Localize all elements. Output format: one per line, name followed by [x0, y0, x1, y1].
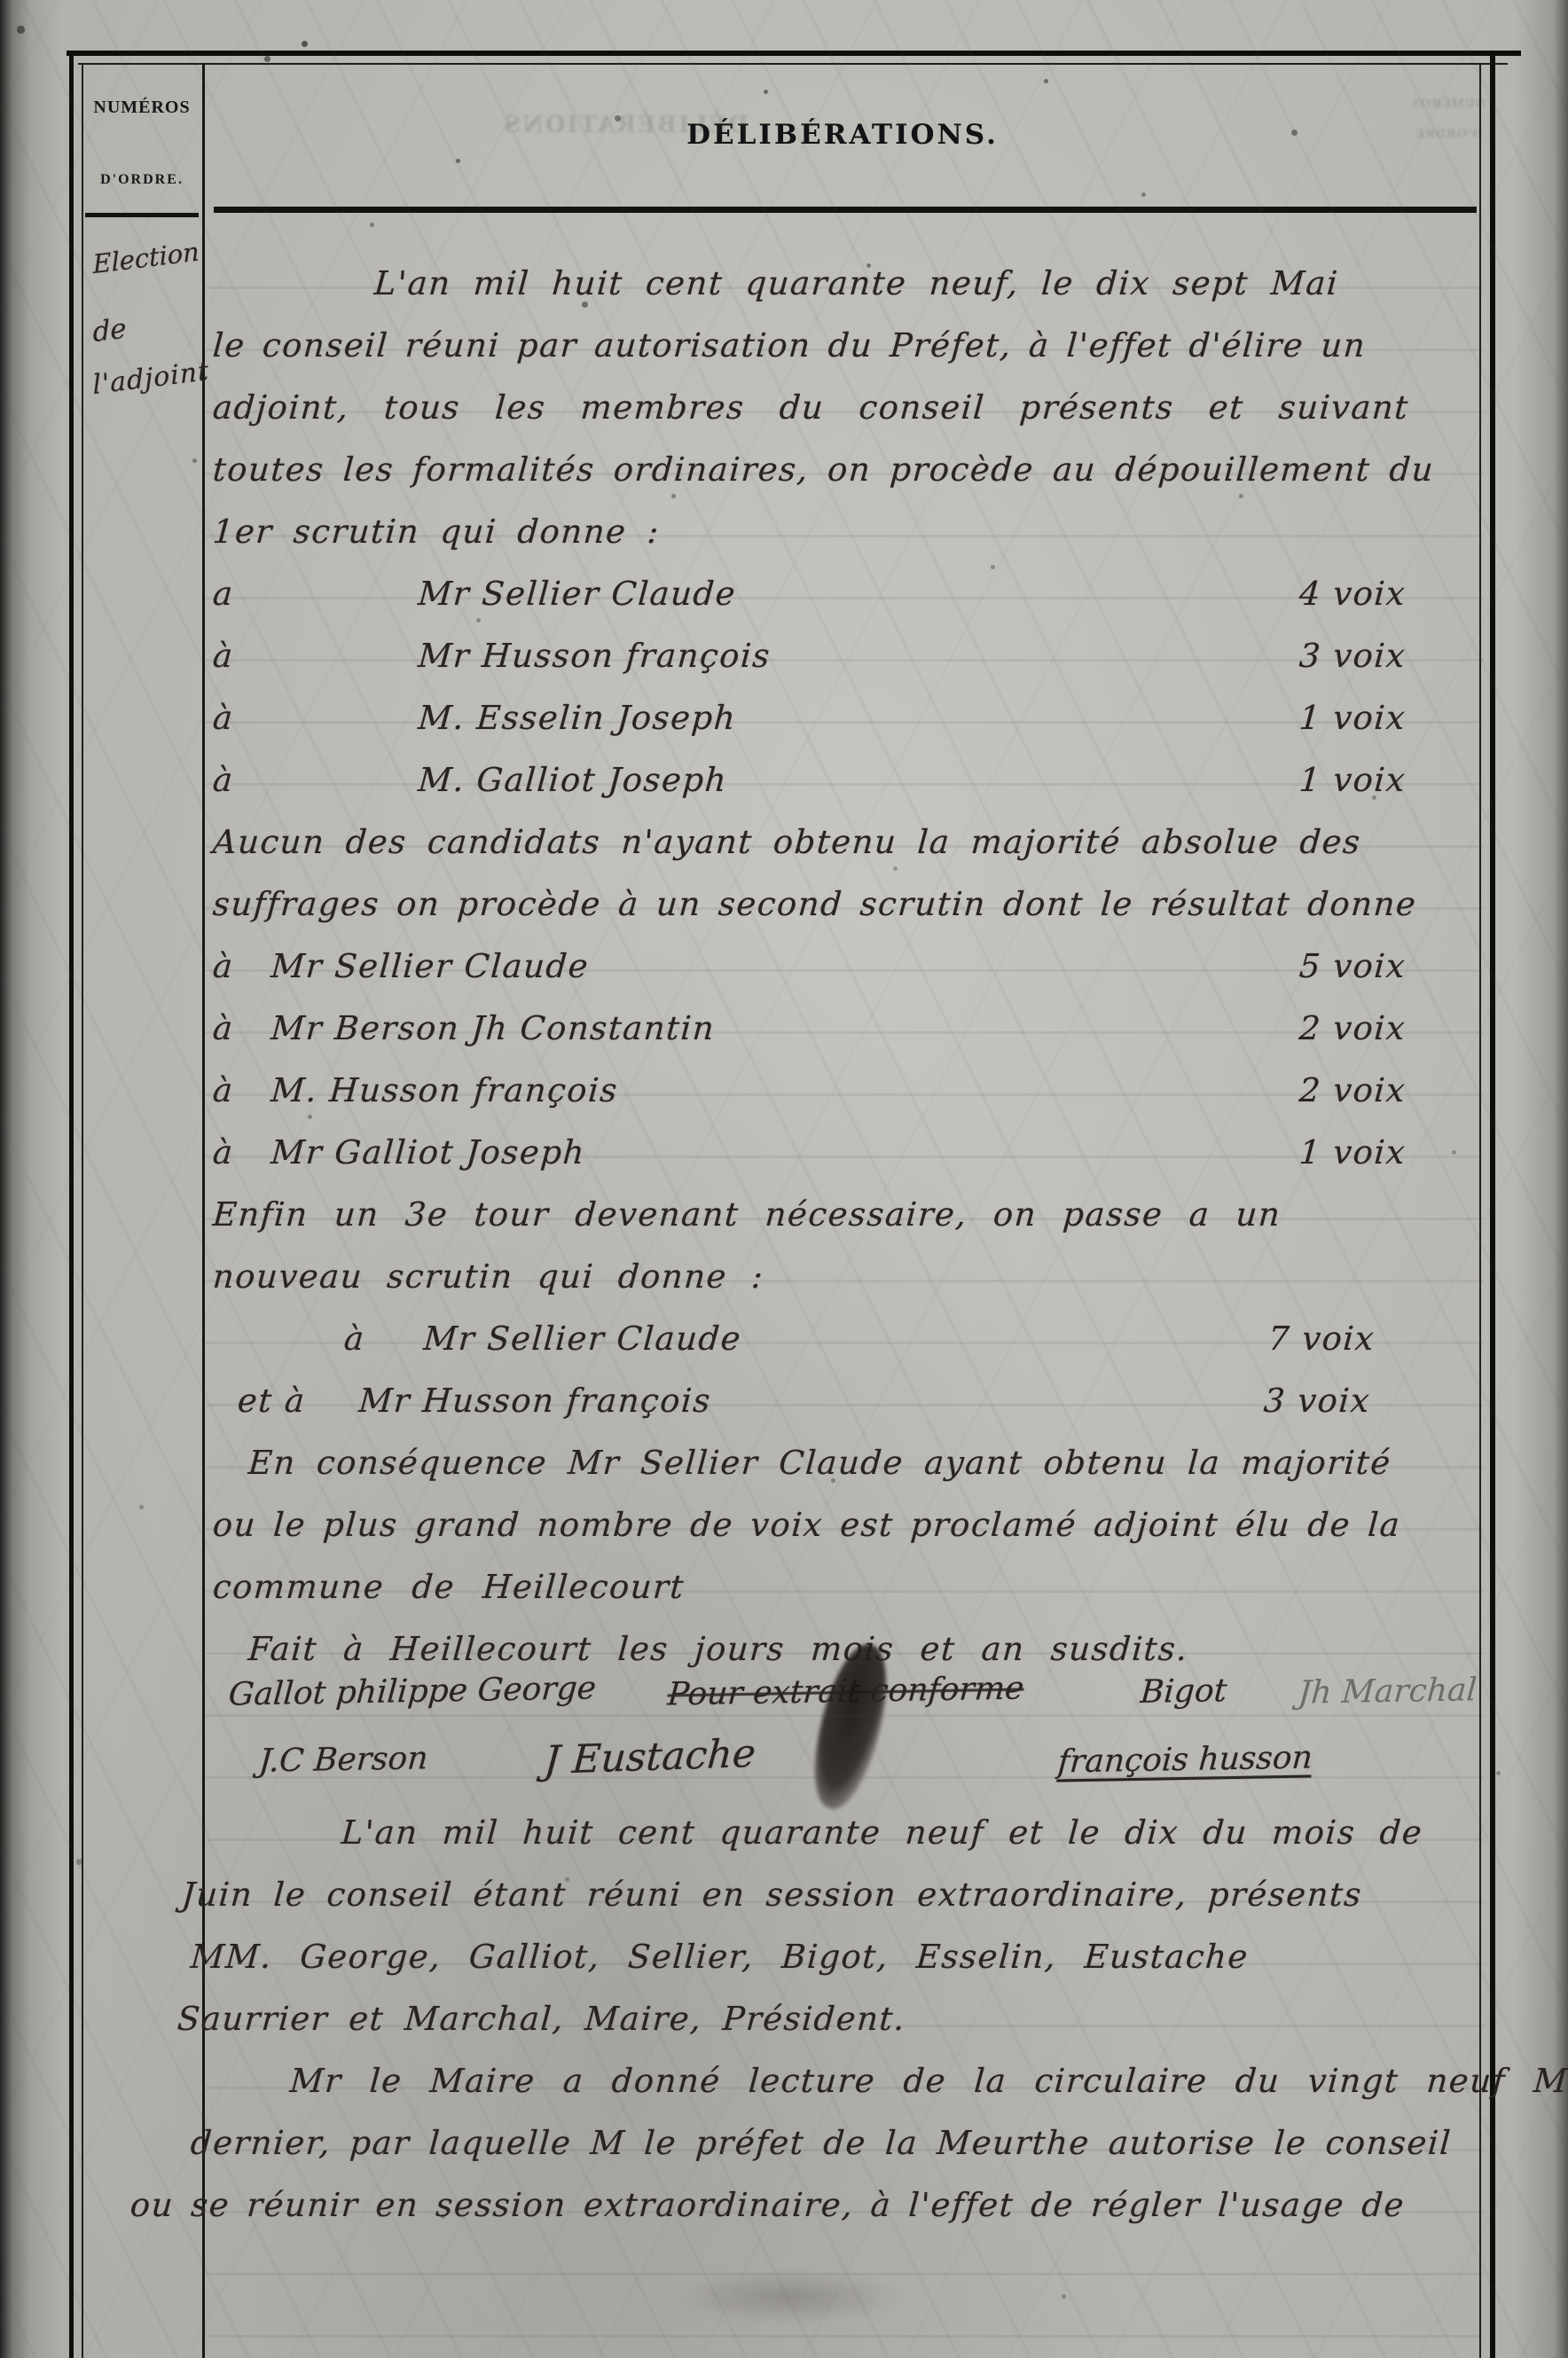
vote-count: 7 voix: [1266, 1308, 1457, 1370]
ghost-title-bleedthrough: DÉLIBÉRATIONS: [492, 112, 758, 138]
body-line: Juin le conseil étant réuni en session e…: [180, 1864, 1479, 1926]
margin-annotation-line1: Election: [92, 233, 226, 279]
body-line: ou le plus grand nombre de voix est proc…: [211, 1494, 1457, 1556]
vote-row: a Mr Sellier Claude 4 voix: [211, 563, 1457, 625]
vote-candidate: Mr Sellier Claude: [269, 936, 591, 998]
vote-row: et à Mr Husson françois 3 voix: [211, 1370, 1457, 1432]
vote-candidate: M. Galliot Joseph: [416, 749, 729, 811]
vote-count: 3 voix: [1298, 625, 1457, 687]
vote-row: à Mr Berson Jh Constantin 2 voix: [211, 998, 1457, 1060]
vote-row: à Mr Sellier Claude 5 voix: [211, 936, 1457, 998]
paper-smudge: [674, 2270, 905, 2323]
frame-left-inner-rule: [82, 63, 83, 2358]
vote-candidate: M. Esselin Joseph: [416, 687, 738, 749]
body-line: suffrages on procède à un second scrutin…: [211, 873, 1457, 936]
vote-count: 4 voix: [1298, 563, 1457, 625]
body-line: ou se réunir en session extraordinaire, …: [129, 2174, 1479, 2237]
vote-row: à Mr Sellier Claude 7 voix: [211, 1308, 1457, 1370]
body-line: L'an mil huit cent quarante neuf et le d…: [189, 1802, 1479, 1864]
vote-count: 1 voix: [1298, 687, 1457, 749]
deliberation-entry-2: L'an mil huit cent quarante neuf et le d…: [191, 1802, 1477, 2237]
signature: Bigot: [1138, 1663, 1228, 1721]
header-rule-main: [214, 207, 1477, 213]
body-line: toutes les formalités ordinaires, on pro…: [211, 439, 1457, 501]
signature: J Eustache: [542, 1726, 757, 1790]
body-line: Saurrier et Marchal, Maire, Président.: [176, 1988, 1479, 2050]
order-column-header-line2: D'ORDRE.: [82, 172, 202, 188]
signature: Jh Marchal: [1297, 1662, 1479, 1721]
vote-lead: à: [211, 998, 236, 1060]
vote-lead: à: [211, 687, 236, 749]
body-line: Enfin un 3e tour devenant nécessaire, on…: [211, 1184, 1457, 1246]
body-line: le conseil réuni par autorisation du Pré…: [211, 315, 1457, 377]
deliberation-entry-1: L'an mil huit cent quarante neuf, le dix…: [213, 253, 1454, 1680]
body-line: L'an mil huit cent quarante neuf, le dix…: [211, 253, 1457, 315]
body-line: dernier, par laquelle M le préfet de la …: [189, 2112, 1479, 2174]
header-rule-left: [85, 213, 199, 217]
margin-annotation-line3: l'adjoint: [92, 354, 226, 401]
frame-top-outer-rule: [67, 51, 1521, 56]
vote-lead: et à: [236, 1370, 308, 1432]
ghost-facing-line2: D'ORDRE: [1373, 119, 1524, 149]
vote-lead: à: [211, 936, 236, 998]
ghost-facing-line1: NUMÉROS: [1373, 89, 1524, 119]
vote-count: 2 voix: [1298, 1060, 1457, 1122]
vote-lead: à: [211, 625, 236, 687]
frame-right-outer-rule: [1490, 51, 1495, 2358]
vote-candidate: Mr Sellier Claude: [416, 563, 738, 625]
signature: françois husson: [1055, 1730, 1314, 1791]
signature: Gallot philippe George: [226, 1660, 598, 1723]
body-line: adjoint, tous les membres du conseil pré…: [211, 377, 1457, 439]
vote-lead: a: [211, 563, 236, 625]
signature: J.C Berson: [257, 1730, 430, 1790]
vote-row: à M. Galliot Joseph 1 voix: [211, 749, 1457, 811]
vote-row: à Mr Galliot Joseph 1 voix: [211, 1122, 1457, 1184]
body-line: Mr le Maire a donné lecture de la circul…: [189, 2050, 1479, 2112]
vote-count: 1 voix: [1298, 1122, 1457, 1184]
vote-count: 5 voix: [1298, 936, 1457, 998]
vote-lead: à: [211, 749, 236, 811]
vote-candidate: Mr Husson françois: [357, 1370, 713, 1432]
body-line: commune de Heillecourt: [211, 1556, 1457, 1618]
vote-row: à M. Esselin Joseph 1 voix: [211, 687, 1457, 749]
register-page-scan: NUMÉROS D'ORDRE. DÉLIBÉRATIONS. DÉLIBÉRA…: [0, 0, 1568, 2358]
vote-lead: à: [342, 1308, 367, 1370]
vote-candidate: Mr Berson Jh Constantin: [269, 998, 717, 1060]
frame-left-outer-rule: [69, 51, 74, 2358]
frame-top-inner-rule: [78, 63, 1508, 65]
frame-right-inner-rule: [1479, 63, 1481, 2358]
order-column-header-line1: NUMÉROS: [82, 98, 202, 118]
margin-annotation-line2: de: [92, 301, 226, 349]
vote-lead: à: [211, 1122, 236, 1184]
body-line: nouveau scrutin qui donne :: [211, 1246, 1457, 1308]
vote-candidate: Mr Sellier Claude: [421, 1308, 743, 1370]
vote-count: 3 voix: [1262, 1370, 1457, 1432]
body-line: 1er scrutin qui donne :: [211, 501, 1457, 563]
vote-candidate: Mr Galliot Joseph: [269, 1122, 587, 1184]
vote-row: à M. Husson françois 2 voix: [211, 1060, 1457, 1122]
vote-candidate: Mr Husson françois: [416, 625, 772, 687]
vote-count: 1 voix: [1298, 749, 1457, 811]
body-line: MM. George, Galliot, Sellier, Bigot, Ess…: [189, 1926, 1479, 1988]
vote-lead: à: [211, 1060, 236, 1122]
vote-candidate: M. Husson françois: [269, 1060, 620, 1122]
vote-count: 2 voix: [1298, 998, 1457, 1060]
body-line: En conséquence Mr Sellier Claude ayant o…: [211, 1432, 1457, 1494]
ghost-facing-page-header: NUMÉROS D'ORDRE: [1373, 89, 1524, 149]
body-line: Aucun des candidats n'ayant obtenu la ma…: [211, 811, 1457, 873]
vote-row: à Mr Husson françois 3 voix: [211, 625, 1457, 687]
